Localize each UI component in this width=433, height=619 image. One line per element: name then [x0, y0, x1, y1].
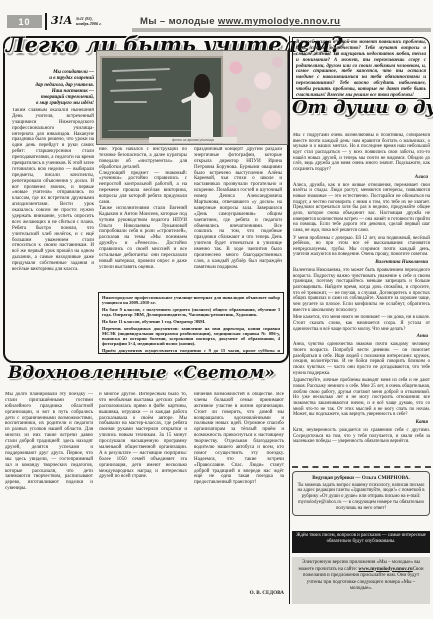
- newspaper-page: 10 3!А №11 (92), ноябрь 2006 г. Мы – мол…: [0, 0, 433, 619]
- classroom-photo: фото из архива училища: [96, 50, 288, 145]
- chalk-writing: [112, 68, 170, 72]
- svet-article-column-3: ничения возможностей в обществе. Все чле…: [194, 392, 284, 588]
- presenter-title: Ведущая рубрики — Ольга СМИРНОВА.: [297, 475, 425, 482]
- admission-notice-line: На базе 9 классов, с получением среднего…: [102, 307, 280, 317]
- page-number: 10: [18, 17, 30, 27]
- masthead: Мы – молодые www.mymolodye.nnov.ru: [140, 16, 340, 27]
- letter-signature: Валентина Николаевна: [293, 260, 428, 265]
- teacher-article-column-3: праздничный концерт! Другим раздали энер…: [194, 147, 282, 289]
- letters-separator: [292, 466, 431, 468]
- chalk-writing: [114, 101, 147, 103]
- issue-logo: 3!А: [51, 14, 72, 27]
- letter-text: У меня проблемы с дочерью. Ей 12 лет, он…: [293, 236, 430, 259]
- letters-section: Мы с подругами очень жизнелюбивы и позит…: [293, 133, 430, 464]
- reply-text: Алиса, дружба, как и все живые отношения…: [293, 183, 430, 234]
- admission-notice-line: Перечень необходимых документов: заявлен…: [102, 326, 280, 347]
- admission-notice-contacts: Приём документов осуществляется ежедневн…: [102, 348, 280, 354]
- chalk-writing: [110, 88, 162, 91]
- svet-article-column-2: и многое другое. Интересным было то, что…: [99, 392, 187, 604]
- letter-signature: Катя: [293, 420, 428, 425]
- letter-signature: Анна: [293, 334, 428, 339]
- admission-notice-line: На базе 11 классов, обучение 1 год. Опер…: [102, 319, 280, 324]
- page-number-box: 10: [7, 15, 42, 28]
- soul-intro-box: В твоей жизни в какой-то момент появилис…: [292, 37, 430, 99]
- svet-article-column-1: Мы долго планировали эту поездку — стали…: [5, 392, 93, 604]
- chalk-writing: [116, 79, 156, 81]
- footer-url: www.mymolodye.nnov.ru: [358, 567, 412, 572]
- masthead-title: Мы – молодые: [140, 16, 215, 27]
- reply-text: Валентина Николаевна, это может быть про…: [293, 268, 430, 313]
- svet-article-headline: Вдохновленные «Светом»: [8, 363, 290, 383]
- letter-text: Мне кажется, что меня никто не понимает …: [293, 315, 430, 332]
- presenter-box: Ведущая рубрики — Ольга СМИРНОВА. Ты мож…: [292, 471, 430, 516]
- letter-signature: Алиса: [293, 175, 428, 180]
- footer-note-box: Электронную версию приложения «Мы – моло…: [292, 557, 430, 604]
- teacher-article-column-1: Таким славным оказался нынешний День учи…: [12, 108, 94, 354]
- letter-text: Мы с подругами очень жизнелюбивы и позит…: [293, 133, 430, 173]
- soul-headline: От души о душе!: [292, 97, 431, 118]
- admission-notice-box: Нижегородское профессиональное училище-и…: [98, 292, 284, 354]
- reply-text: Анна, чувство одиночества знакомо почти …: [293, 342, 430, 376]
- column-divider: [289, 36, 290, 604]
- masthead-url: www.mymolodye.nnov.ru: [218, 16, 340, 27]
- teacher-article-column-2: ние. Урок начался с инструкции по техник…: [99, 147, 187, 289]
- teacher-article-epigraph: Мы созидатели — и в трудах озарений дар …: [12, 70, 94, 108]
- svet-article-signature: О. В. СЕДОВА: [194, 590, 284, 596]
- floral-backdrop: [223, 51, 287, 144]
- photo-caption: фото из архива училища: [149, 137, 237, 143]
- mailbox-bar: Ждём твоих писем, вопросов и рассказов —…: [292, 531, 430, 553]
- header-divider: [45, 13, 47, 30]
- reply-text: Катя, неуверенность рождается из сравнен…: [293, 428, 430, 445]
- admission-notice-heading: Нижегородское профессиональное училище-и…: [102, 295, 280, 305]
- issue-info: №11 (92), ноябрь 2006 г.: [76, 16, 102, 27]
- presenter-text: Ты можешь задать вопрос нашему психологу…: [297, 483, 425, 513]
- student-figure-head: [194, 74, 210, 98]
- letter-text: Здравствуйте, личные проблемы выводят ме…: [293, 378, 430, 418]
